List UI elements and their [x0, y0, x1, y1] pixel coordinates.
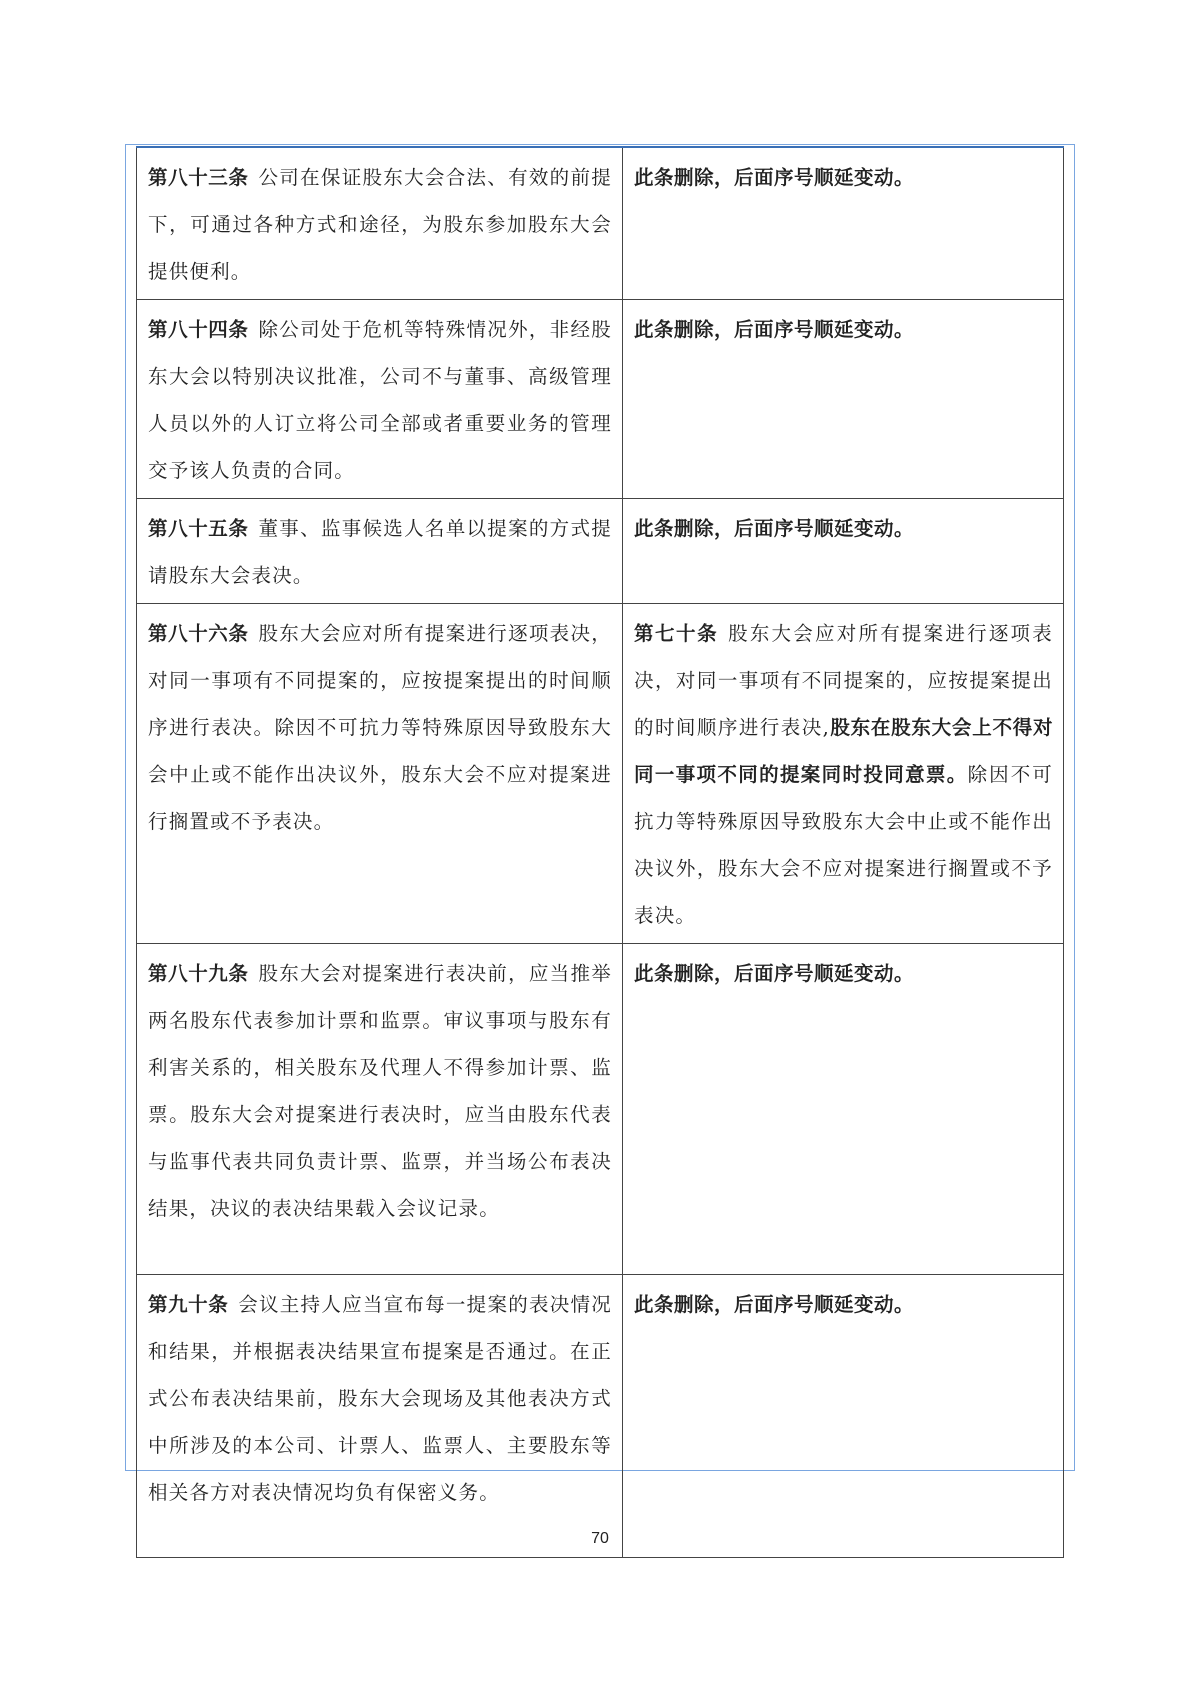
table-row: 第八十五条董事、监事候选人名单以提案的方式提请股东大会表决。 此条删除，后面序号…	[137, 499, 1064, 604]
table-row: 第九十条会议主持人应当宣布每一提案的表决情况和结果，并根据表决结果宣布提案是否通…	[137, 1275, 1064, 1558]
revised-article-cell: 此条删除，后面序号顺延变动。	[623, 499, 1064, 604]
original-article-cell: 第八十九条股东大会对提案进行表决前，应当推举两名股东代表参加计票和监票。审议事项…	[137, 944, 623, 1275]
article-text: 会议主持人应当宣布每一提案的表决情况和结果，并根据表决结果宣布提案是否通过。在正…	[148, 1293, 612, 1504]
article-heading: 第八十六条	[148, 622, 249, 645]
table-row: 第八十四条除公司处于危机等特殊情况外，非经股东大会以特别决议批准，公司不与董事、…	[137, 300, 1064, 499]
article-heading: 第八十九条	[148, 962, 249, 985]
article-heading: 第九十条	[148, 1293, 228, 1316]
deletion-note: 此条删除，后面序号顺延变动。	[634, 962, 914, 985]
deletion-note: 此条删除，后面序号顺延变动。	[634, 517, 914, 540]
table-row: 第八十九条股东大会对提案进行表决前，应当推举两名股东代表参加计票和监票。审议事项…	[137, 944, 1064, 1275]
revised-article-cell: 此条删除，后面序号顺延变动。	[623, 300, 1064, 499]
article-text: 除因不可抗力等特殊原因导致股东大会中止或不能作出决议外，股东大会不应对提案进行搁…	[634, 763, 1053, 927]
article-text: 除公司处于危机等特殊情况外，非经股东大会以特别决议批准，公司不与董事、高级管理人…	[148, 318, 612, 482]
original-article-cell: 第八十五条董事、监事候选人名单以提案的方式提请股东大会表决。	[137, 499, 623, 604]
original-article-cell: 第九十条会议主持人应当宣布每一提案的表决情况和结果，并根据表决结果宣布提案是否通…	[137, 1275, 623, 1558]
table-row: 第八十六条股东大会应对所有提案进行逐项表决，对同一事项有不同提案的，应按提案提出…	[137, 604, 1064, 944]
page-number: 70	[0, 1530, 1200, 1548]
table-row: 第八十三条公司在保证股东大会合法、有效的前提下，可通过各种方式和途径，为股东参加…	[137, 147, 1064, 300]
revised-article-cell: 此条删除，后面序号顺延变动。	[623, 944, 1064, 1275]
articles-comparison-table: 第八十三条公司在保证股东大会合法、有效的前提下，可通过各种方式和途径，为股东参加…	[136, 146, 1064, 1558]
original-article-cell: 第八十三条公司在保证股东大会合法、有效的前提下，可通过各种方式和途径，为股东参加…	[137, 147, 623, 300]
revised-article-cell: 第七十条股东大会应对所有提案进行逐项表决，对同一事项有不同提案的，应按提案提出的…	[623, 604, 1064, 944]
deletion-note: 此条删除，后面序号顺延变动。	[634, 166, 914, 189]
article-text: 股东大会应对所有提案进行逐项表决，对同一事项有不同提案的，应按提案提出的时间顺序…	[148, 622, 612, 833]
revised-article-cell: 此条删除，后面序号顺延变动。	[623, 147, 1064, 300]
article-heading: 第七十条	[634, 622, 718, 645]
revised-article-cell: 此条删除，后面序号顺延变动。	[623, 1275, 1064, 1558]
deletion-note: 此条删除，后面序号顺延变动。	[634, 318, 914, 341]
article-heading: 第八十三条	[148, 166, 249, 189]
deletion-note: 此条删除，后面序号顺延变动。	[634, 1293, 914, 1316]
original-article-cell: 第八十四条除公司处于危机等特殊情况外，非经股东大会以特别决议批准，公司不与董事、…	[137, 300, 623, 499]
original-article-cell: 第八十六条股东大会应对所有提案进行逐项表决，对同一事项有不同提案的，应按提案提出…	[137, 604, 623, 944]
article-text: 股东大会对提案进行表决前，应当推举两名股东代表参加计票和监票。审议事项与股东有利…	[148, 962, 612, 1220]
article-heading: 第八十四条	[148, 318, 249, 341]
article-heading: 第八十五条	[148, 517, 249, 540]
